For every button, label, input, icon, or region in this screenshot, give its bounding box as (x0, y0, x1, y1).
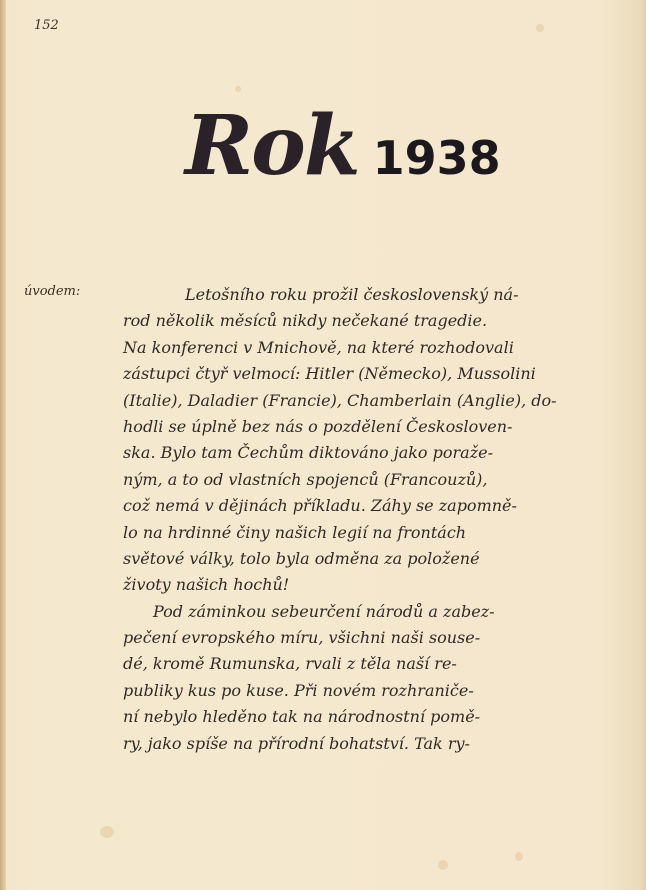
text-line: zástupci čtyř velmocí: Hitler (Německo),… (123, 361, 613, 387)
text-line: Letošního roku prožil československý ná- (123, 282, 613, 308)
text-line: Na konferenci v Mnichově, na které rozho… (123, 335, 613, 361)
text-line: (Italie), Daladier (Francie), Chamberlai… (123, 388, 613, 414)
page-title: Rok1938 (185, 98, 501, 194)
text-line: pečení evropského míru, všichni naši sou… (123, 625, 613, 651)
title-year: 1938 (373, 131, 501, 185)
page-number: 152 (34, 18, 59, 33)
paper-stain (235, 86, 241, 92)
text-line: ry, jako spíše na přírodní bohatství. Ta… (123, 731, 613, 757)
manuscript-page: 152 Rok1938 úvodem: Letošního roku proži… (0, 0, 646, 890)
text-line: Pod záminkou sebeurčení národů a zabez- (123, 599, 613, 625)
margin-label: úvodem: (24, 284, 80, 299)
text-line: hodli se úplně bez nás o pozdělení Česko… (123, 414, 613, 440)
text-line: ní nebylo hleděno tak na národnostní pom… (123, 704, 613, 730)
text-line: ska. Bylo tam Čechům diktováno jako pora… (123, 440, 613, 466)
text-line: lo na hrdinné činy našich legií na front… (123, 520, 613, 546)
text-line: rod několik měsíců nikdy nečekané traged… (123, 308, 613, 334)
handwritten-body: Letošního roku prožil československý ná-… (123, 282, 613, 757)
paper-stain (438, 860, 448, 870)
text-line: ným, a to od vlastních spojenců (Francou… (123, 467, 613, 493)
paper-stain (536, 24, 544, 32)
text-line: životy našich hochů! (123, 572, 613, 598)
title-word: Rok (185, 98, 359, 194)
text-line: světové války, tolo byla odměna za polož… (123, 546, 613, 572)
paper-stain (515, 852, 523, 861)
book-spine-edge (0, 0, 6, 890)
text-line: což nemá v dějinách příkladu. Záhy se za… (123, 493, 613, 519)
text-line: dé, kromě Rumunska, rvali z těla naší re… (123, 651, 613, 677)
paper-stain (100, 826, 114, 838)
text-line: publiky kus po kuse. Při novém rozhranič… (123, 678, 613, 704)
